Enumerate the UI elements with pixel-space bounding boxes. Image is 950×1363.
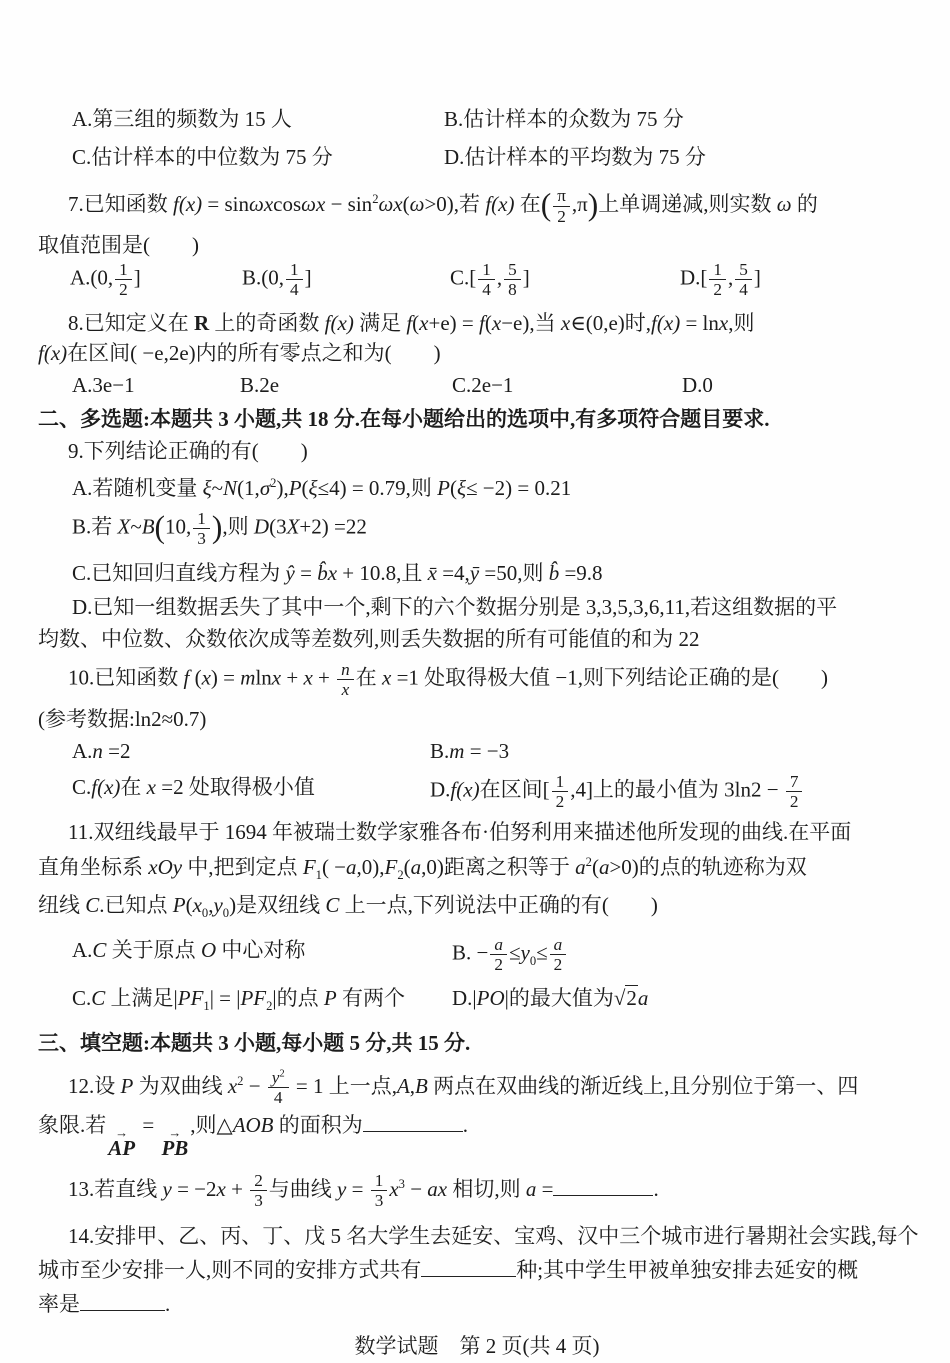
q6-option-row-ab-cell-2: B.估计样本的众数为 75 分 xyxy=(444,104,684,134)
text: = −3 xyxy=(464,739,509,763)
math-var: x xyxy=(719,311,728,335)
text: C. xyxy=(72,986,91,1010)
q9-option-a: A.若随机变量 ξ~N(1,σ2),P(ξ≤4) = 0.79,则 P(ξ≤ −… xyxy=(38,466,916,503)
math-var: x xyxy=(492,311,501,335)
math-var: x xyxy=(342,680,350,699)
text: 象限.若 xyxy=(38,1113,106,1137)
math-var: ω xyxy=(410,192,425,216)
q14-stem-line-1: 14.安排甲、乙、丙、丁、戊 5 名大学生去延安、宝鸡、汉中三个城市进行暑期社会… xyxy=(38,1211,916,1251)
vector: →PB xyxy=(161,1129,188,1159)
math-var: b̂ xyxy=(549,561,560,585)
fraction-denominator: 4 xyxy=(268,1088,289,1107)
fraction: 12 xyxy=(709,260,726,300)
math-var: P xyxy=(437,476,450,500)
big-paren: ) xyxy=(212,509,223,544)
math-var: B xyxy=(142,514,155,538)
text: 两点在双曲线的渐近线上,且分别位于第一、四 xyxy=(428,1074,859,1098)
text: 11.双纽线最早于 1694 年被瑞士数学家雅各布·伯努利用来描述他所发现的曲线… xyxy=(68,820,851,844)
text: + xyxy=(313,666,335,690)
text: 均数、中位数、众数依次成等差数列,则丢失数据的所有可能值的和为 22 xyxy=(38,627,700,651)
text: ∈(0,e)时, xyxy=(570,311,651,335)
text: ( xyxy=(302,476,309,500)
math-var: ax xyxy=(427,1177,447,1201)
fraction: 13 xyxy=(371,1171,388,1211)
fraction-denominator: 8 xyxy=(504,280,521,299)
text: ln xyxy=(255,666,271,690)
math-var: P xyxy=(173,893,186,917)
text: = xyxy=(137,1113,159,1137)
q7-options-cell-4: D.[12,54] xyxy=(680,260,761,300)
math-var: a xyxy=(575,855,586,879)
text: 10.已知函数 xyxy=(68,666,184,690)
text: ,4]上的最小值为 3ln2 − xyxy=(570,777,784,801)
text: D.估计样本的平均数为 75 分 xyxy=(444,145,706,169)
text: ,则 xyxy=(728,311,754,335)
math-var: a xyxy=(599,855,610,879)
math-var: f(x) xyxy=(651,311,680,335)
fraction-numerator: 1 xyxy=(552,772,569,792)
q8-options-cell-1: A.3e−1 xyxy=(72,370,240,400)
math-var: a xyxy=(411,855,422,879)
text: 13.若直线 xyxy=(68,1177,163,1201)
q8-stem-line-2: f(x)在区间( −e,2e)内的所有零点之和为( ) xyxy=(38,338,916,368)
text: . xyxy=(165,1292,170,1316)
text: 纽线 xyxy=(38,893,85,917)
text: ] xyxy=(754,266,761,290)
text: = ln xyxy=(680,311,719,335)
math-var: A xyxy=(397,1074,410,1098)
fraction: 12 xyxy=(115,260,132,300)
fraction: 23 xyxy=(250,1171,267,1211)
math-var: ξ xyxy=(203,476,212,500)
math-var: m xyxy=(449,739,464,763)
fraction-denominator: 4 xyxy=(286,280,303,299)
q7-stem-line-1: 7.已知函数 f(x) = sinωxcosωx − sin2ωx(ω>0),若… xyxy=(38,172,916,226)
q8-options-cell-4: D.0 xyxy=(682,370,713,400)
math-var: N xyxy=(223,476,237,500)
section-2-header: 二、多选题:本题共 3 小题,共 18 分.在每小题给出的选项中,有多项符合题目… xyxy=(38,400,916,434)
math-var: x xyxy=(228,1074,237,1098)
text: A. xyxy=(72,739,92,763)
text: = xyxy=(346,1177,368,1201)
text: C. xyxy=(72,775,91,799)
text: 上单调递减,则实数 xyxy=(598,192,777,216)
fraction-denominator: 2 xyxy=(552,792,569,811)
text: |的点 xyxy=(272,986,323,1010)
text: D.[ xyxy=(680,266,707,290)
fraction: a2 xyxy=(550,935,567,975)
fraction-numerator: 1 xyxy=(193,509,210,529)
math-var: y xyxy=(521,940,530,964)
text: − xyxy=(243,1074,265,1098)
text: =50,则 xyxy=(479,561,549,585)
q11-stem-line-1: 11.双纽线最早于 1694 年被瑞士数学家雅各布·伯努利用来描述他所发现的曲线… xyxy=(38,811,916,847)
fraction: nx xyxy=(337,660,354,700)
text: cos xyxy=(273,192,301,216)
math-var: x xyxy=(202,666,211,690)
text: . xyxy=(653,1177,658,1201)
answer-blank xyxy=(421,1256,516,1277)
text: ( xyxy=(189,666,201,690)
fraction: 72 xyxy=(786,772,803,812)
q12-stem-line-1: 12.设 P 为双曲线 x2 − y24 = 1 上一点,A,B 两点在双曲线的… xyxy=(38,1058,916,1108)
math-var: ωx xyxy=(378,192,402,216)
fraction-denominator: 2 xyxy=(709,280,726,299)
q6-option-row-cd-cell-1: C.估计样本的中位数为 75 分 xyxy=(72,142,444,172)
math-var: x xyxy=(419,311,428,335)
answer-blank xyxy=(80,1290,165,1311)
math-var: f(x) xyxy=(325,311,354,335)
q14-stem-line-2: 城市至少安排一人,则不同的安排方式共有种;其中学生甲被单独安排去延安的概 xyxy=(38,1251,916,1285)
text: (1, xyxy=(237,476,260,500)
radicand: 2 xyxy=(625,985,638,1010)
math-var: PF xyxy=(178,986,204,1010)
text: | = | xyxy=(210,986,241,1010)
text: A.若随机变量 xyxy=(72,476,203,500)
text: ,π xyxy=(572,192,588,216)
q9-option-b: B.若 X~B(10,13),则 D(3X+2) =22 xyxy=(38,503,916,549)
text: ≤ −2) = 0.21 xyxy=(466,476,571,500)
radical-sign-icon: √ xyxy=(614,986,626,1010)
math-var: ŷ xyxy=(286,561,295,585)
text: ≤4) = 0.79,则 xyxy=(318,476,438,500)
fraction-numerator: 1 xyxy=(371,1171,388,1191)
math-var: P xyxy=(289,476,302,500)
text: D.| xyxy=(452,986,477,1010)
q6-option-row-ab: A.第三组的频数为 15 人B.估计样本的众数为 75 分 xyxy=(38,104,916,134)
q9-stem: 9.下列结论正确的有( ) xyxy=(38,434,916,466)
math-var: y xyxy=(337,1177,346,1201)
text: 12.设 xyxy=(68,1074,121,1098)
math-var: C xyxy=(85,893,99,917)
math-var: F xyxy=(303,855,316,879)
big-paren: ( xyxy=(155,509,166,544)
math-var: F xyxy=(385,855,398,879)
q7-stem-line-2: 取值范围是( ) xyxy=(38,226,916,260)
text: ,则△ xyxy=(190,1113,232,1137)
square-root: √2 xyxy=(614,985,638,1010)
fraction: y24 xyxy=(268,1068,289,1108)
q12-stem-line-2: 象限.若→AP = →PB,则△AOB 的面积为. xyxy=(38,1108,916,1159)
text: A.(0, xyxy=(70,266,113,290)
text: , xyxy=(497,266,502,290)
fraction-numerator: 5 xyxy=(504,260,521,280)
text: = xyxy=(536,1177,553,1201)
q9-option-d-line-1: D.已知一组数据丢失了其中一个,剩下的六个数据分别是 3,3,5,3,6,11,… xyxy=(38,588,916,622)
q14-stem-line-3: 率是. xyxy=(38,1285,916,1319)
text: 种;其中学生甲被单独安排去延安的概 xyxy=(516,1258,858,1282)
section-3-header: 三、填空题:本题共 3 小题,每小题 5 分,共 15 分. xyxy=(38,1022,916,1058)
text: 的面积为 xyxy=(274,1113,363,1137)
fraction-numerator: 5 xyxy=(735,260,752,280)
fraction: 14 xyxy=(286,260,303,300)
math-var: x xyxy=(389,1177,398,1201)
page-footer: 数学试题 第 2 页(共 4 页) xyxy=(38,1331,916,1361)
q6-option-row-cd-cell-2: D.估计样本的平均数为 75 分 xyxy=(444,142,706,172)
text: .已知点 xyxy=(99,893,173,917)
text: A. xyxy=(72,938,92,962)
math-var: C xyxy=(325,893,339,917)
text: 与曲线 xyxy=(269,1177,337,1201)
math-var: b̂x xyxy=(317,561,337,585)
answer-blank xyxy=(553,1175,653,1196)
math-var: ω xyxy=(777,192,792,216)
text: ), xyxy=(276,476,288,500)
fraction-denominator: x xyxy=(337,680,354,699)
text: − sin xyxy=(325,192,372,216)
text: 中,把到定点 xyxy=(182,855,303,879)
q10-options-cd-cell-1: C.f(x)在 x =2 处取得极小值 xyxy=(72,772,430,812)
text: 在区间( −e,2e)内的所有零点之和为( ) xyxy=(67,341,440,365)
text: 10, xyxy=(165,514,191,538)
text: ( xyxy=(485,311,492,335)
text: 相切,则 xyxy=(447,1177,526,1201)
text: − xyxy=(405,1177,427,1201)
q8-options-cell-2: B.2e xyxy=(240,370,452,400)
text: = 1 上一点, xyxy=(291,1074,397,1098)
math-var: AOB xyxy=(233,1113,274,1137)
big-paren: ) xyxy=(588,187,599,222)
text: ≤ xyxy=(509,940,521,964)
q8-options: A.3e−1B.2eC.2e−1D.0 xyxy=(38,368,916,400)
q7-options-cell-1: A.(0,12] xyxy=(70,260,242,300)
text: 有两个 xyxy=(337,986,405,1010)
text: D.0 xyxy=(682,373,713,397)
q6-option-row-cd: C.估计样本的中位数为 75 分D.估计样本的平均数为 75 分 xyxy=(38,134,916,172)
fraction: 12 xyxy=(552,772,569,812)
text: + 10.8,且 xyxy=(337,561,428,585)
math-var: a xyxy=(526,1177,537,1201)
math-var: PF xyxy=(240,986,266,1010)
fraction-numerator: 1 xyxy=(478,260,495,280)
text: 取值范围是( ) xyxy=(38,233,199,257)
q10-options-cd-cell-2: D.f(x)在区间[12,4]上的最小值为 3ln2 − 72 xyxy=(430,772,804,812)
fraction-numerator: 1 xyxy=(286,260,303,280)
answer-blank xyxy=(363,1111,463,1132)
math-var: n xyxy=(341,660,350,679)
text: ≤ xyxy=(536,940,548,964)
q6-option-row-ab-cell-1: A.第三组的频数为 15 人 xyxy=(72,104,444,134)
q11-options-cd: C.C 上满足|PF1| = |PF2|的点 P 有两个D.|PO|的最大值为√… xyxy=(38,975,916,1021)
fraction-denominator: 4 xyxy=(478,280,495,299)
math-var: σ xyxy=(260,476,270,500)
text: =4, xyxy=(437,561,470,585)
fraction-denominator: 2 xyxy=(786,792,803,811)
fraction-denominator: 3 xyxy=(371,1191,388,1210)
text: D. xyxy=(430,777,450,801)
superscript: 2 xyxy=(279,1068,284,1079)
text: ( xyxy=(403,192,410,216)
math-var: C xyxy=(92,938,106,962)
text: . xyxy=(463,1113,468,1137)
text: 的 xyxy=(792,192,818,216)
q11-stem-line-2: 直角坐标系 xOy 中,把到定点 F1( −a,0),F2(a,0)距离之积等于… xyxy=(38,847,916,890)
math-var: ξ xyxy=(309,476,318,500)
text: )是双纽线 xyxy=(229,893,325,917)
fraction-numerator: 7 xyxy=(786,772,803,792)
text: ,0), xyxy=(357,855,385,879)
text: , xyxy=(728,266,733,290)
q10-options-ab-cell-2: B.m = −3 xyxy=(430,736,509,766)
math-var: X xyxy=(118,514,131,538)
math-var: P xyxy=(121,1074,134,1098)
text: B.(0, xyxy=(242,266,284,290)
q11-options-ab-cell-2: B. −a2≤y0≤a2 xyxy=(452,935,568,976)
text: |的最大值为 xyxy=(505,986,614,1010)
fraction: a2 xyxy=(490,935,507,975)
fraction: 14 xyxy=(478,260,495,300)
text: C.估计样本的中位数为 75 分 xyxy=(72,145,333,169)
big-paren: ( xyxy=(541,187,552,222)
text: ~ xyxy=(212,476,223,500)
math-var: f(x) xyxy=(173,192,202,216)
fraction: 58 xyxy=(504,260,521,300)
text: 城市至少安排一人,则不同的安排方式共有 xyxy=(38,1258,421,1282)
fraction-numerator: 1 xyxy=(709,260,726,280)
math-var: f(x) xyxy=(485,192,514,216)
fraction-denominator: 2 xyxy=(553,207,570,226)
text: (3 xyxy=(269,514,287,538)
math-var: x xyxy=(217,1177,226,1201)
math-var: ξ xyxy=(457,476,466,500)
fraction-denominator: 4 xyxy=(735,280,752,299)
text: 中心对称 xyxy=(216,938,305,962)
text: ~ xyxy=(130,514,141,538)
q8-stem-line-1: 8.已知定义在 R 上的奇函数 f(x) 满足 f(x+e) = f(x−e),… xyxy=(38,300,916,338)
q11-options-cd-cell-2: D.|PO|的最大值为√2a xyxy=(452,983,648,1021)
math-var: x̄ xyxy=(428,561,437,585)
fraction-numerator: a xyxy=(490,935,507,955)
math-var: O xyxy=(201,938,216,962)
text: =2 处取得极小值 xyxy=(156,775,315,799)
text: D.已知一组数据丢失了其中一个,剩下的六个数据分别是 3,3,5,3,6,11,… xyxy=(72,595,837,619)
vector: →AP xyxy=(108,1129,135,1159)
bold-text: R xyxy=(194,311,209,335)
text: =1 处取得极大值 −1,则下列结论正确的是( ) xyxy=(391,666,828,690)
text: =2 xyxy=(103,739,131,763)
fraction-numerator: π xyxy=(553,186,570,206)
q11-options-ab-cell-1: A.C 关于原点 O 中心对称 xyxy=(72,935,452,976)
text: = −2 xyxy=(172,1177,217,1201)
q8-options-cell-3: C.2e−1 xyxy=(452,370,682,400)
text: C.已知回归直线方程为 xyxy=(72,561,286,585)
q7-options-cell-2: B.(0,14] xyxy=(242,260,450,300)
fraction-numerator: y2 xyxy=(268,1068,289,1088)
text: 上一点,下列说法中正确的有( ) xyxy=(339,893,658,917)
math-var: f(x) xyxy=(450,777,479,801)
math-var: y xyxy=(163,1177,172,1201)
fraction-denominator: 2 xyxy=(490,955,507,974)
text: B.若 xyxy=(72,514,118,538)
q9-option-c: C.已知回归直线方程为 ŷ = b̂x + 10.8,且 x̄ =4,ȳ =50… xyxy=(38,548,916,588)
text: >0)的点的轨迹称为双 xyxy=(609,855,806,879)
q11-options-ab: A.C 关于原点 O 中心对称B. −a2≤y0≤a2 xyxy=(38,929,916,976)
fraction-denominator: 2 xyxy=(550,955,567,974)
text: 关于原点 xyxy=(106,938,201,962)
math-var: a xyxy=(554,935,563,954)
text: ( xyxy=(404,855,411,879)
fraction-denominator: 2 xyxy=(115,280,132,299)
text: ] xyxy=(134,266,141,290)
text: (参考数据:ln2≈0.7) xyxy=(38,707,206,731)
text: ( xyxy=(450,476,457,500)
text: 14.安排甲、乙、丙、丁、戊 5 名大学生去延安、宝鸡、汉中三个城市进行暑期社会… xyxy=(68,1224,919,1248)
math-var: x xyxy=(303,666,312,690)
q10-stem: 10.已知函数 f (x) = mlnx + x + nx在 x =1 处取得极… xyxy=(38,654,916,700)
math-var: X xyxy=(287,514,300,538)
math-var: D xyxy=(254,514,269,538)
fraction: 13 xyxy=(193,509,210,549)
fraction-numerator: 2 xyxy=(250,1171,267,1191)
text: ) = xyxy=(211,666,240,690)
text: = xyxy=(295,561,317,585)
math-var: x xyxy=(147,775,156,799)
text: 为双曲线 xyxy=(133,1074,228,1098)
fraction-numerator: n xyxy=(337,660,354,680)
text: B. − xyxy=(452,940,488,964)
text: 9.下列结论正确的有( ) xyxy=(68,439,308,463)
text: B.2e xyxy=(240,373,279,397)
math-var: ωx xyxy=(301,192,325,216)
text: ,则 xyxy=(222,514,254,538)
text: >0),若 xyxy=(424,192,485,216)
q11-options-cd-cell-1: C.C 上满足|PF1| = |PF2|的点 P 有两个 xyxy=(72,983,452,1021)
math-var: x xyxy=(272,666,281,690)
math-var: C xyxy=(91,986,105,1010)
math-var: y xyxy=(213,893,222,917)
q10-reference-note: (参考数据:ln2≈0.7) xyxy=(38,700,916,734)
bold-text: 三、填空题:本题共 3 小题,每小题 5 分,共 15 分. xyxy=(38,1031,470,1055)
text: 上满足| xyxy=(105,986,177,1010)
q11-stem-line-3: 纽线 C.已知点 P(x0,y0)是双纽线 C 上一点,下列说法中正确的有( ) xyxy=(38,890,916,928)
text: ( xyxy=(592,855,599,879)
fraction-numerator: a xyxy=(550,935,567,955)
text: C.2e−1 xyxy=(452,373,513,397)
text: ,0)距离之积等于 xyxy=(421,855,575,879)
exam-paper-page: A.第三组的频数为 15 人B.估计样本的众数为 75 分C.估计样本的中位数为… xyxy=(0,0,950,1363)
math-var: PO xyxy=(477,986,505,1010)
fraction: 54 xyxy=(735,260,752,300)
text: = sin xyxy=(202,192,249,216)
text: ] xyxy=(523,266,530,290)
math-var: ȳ xyxy=(470,561,479,585)
q9-option-d-line-2: 均数、中位数、众数依次成等差数列,则丢失数据的所有可能值的和为 22 xyxy=(38,622,916,654)
q13-stem: 13.若直线 y = −2x + 23与曲线 y = 13x3 − ax 相切,… xyxy=(38,1159,916,1211)
text: 在 xyxy=(120,775,146,799)
fraction-denominator: 3 xyxy=(193,529,210,548)
q10-options-ab-cell-1: A.n =2 xyxy=(72,736,430,766)
text: 上的奇函数 xyxy=(209,311,325,335)
text: 在 xyxy=(356,666,382,690)
text: 率是 xyxy=(38,1292,80,1316)
q7-options-cell-3: C.[14,58] xyxy=(450,260,680,300)
fraction-denominator: 3 xyxy=(250,1191,267,1210)
math-var: x xyxy=(561,311,570,335)
text: ( − xyxy=(322,855,346,879)
math-var: x xyxy=(193,893,202,917)
text: 满足 xyxy=(354,311,407,335)
math-var: a xyxy=(346,855,357,879)
math-var: ωx xyxy=(249,192,273,216)
math-var: B xyxy=(415,1074,428,1098)
text: B. xyxy=(430,739,449,763)
text: + xyxy=(281,666,303,690)
q10-options-ab: A.n =2B.m = −3 xyxy=(38,734,916,766)
text: ] xyxy=(305,266,312,290)
math-var: a xyxy=(494,935,503,954)
text: 在 xyxy=(514,192,540,216)
q10-options-cd: C.f(x)在 x =2 处取得极小值D.f(x)在区间[12,4]上的最小值为… xyxy=(38,766,916,812)
